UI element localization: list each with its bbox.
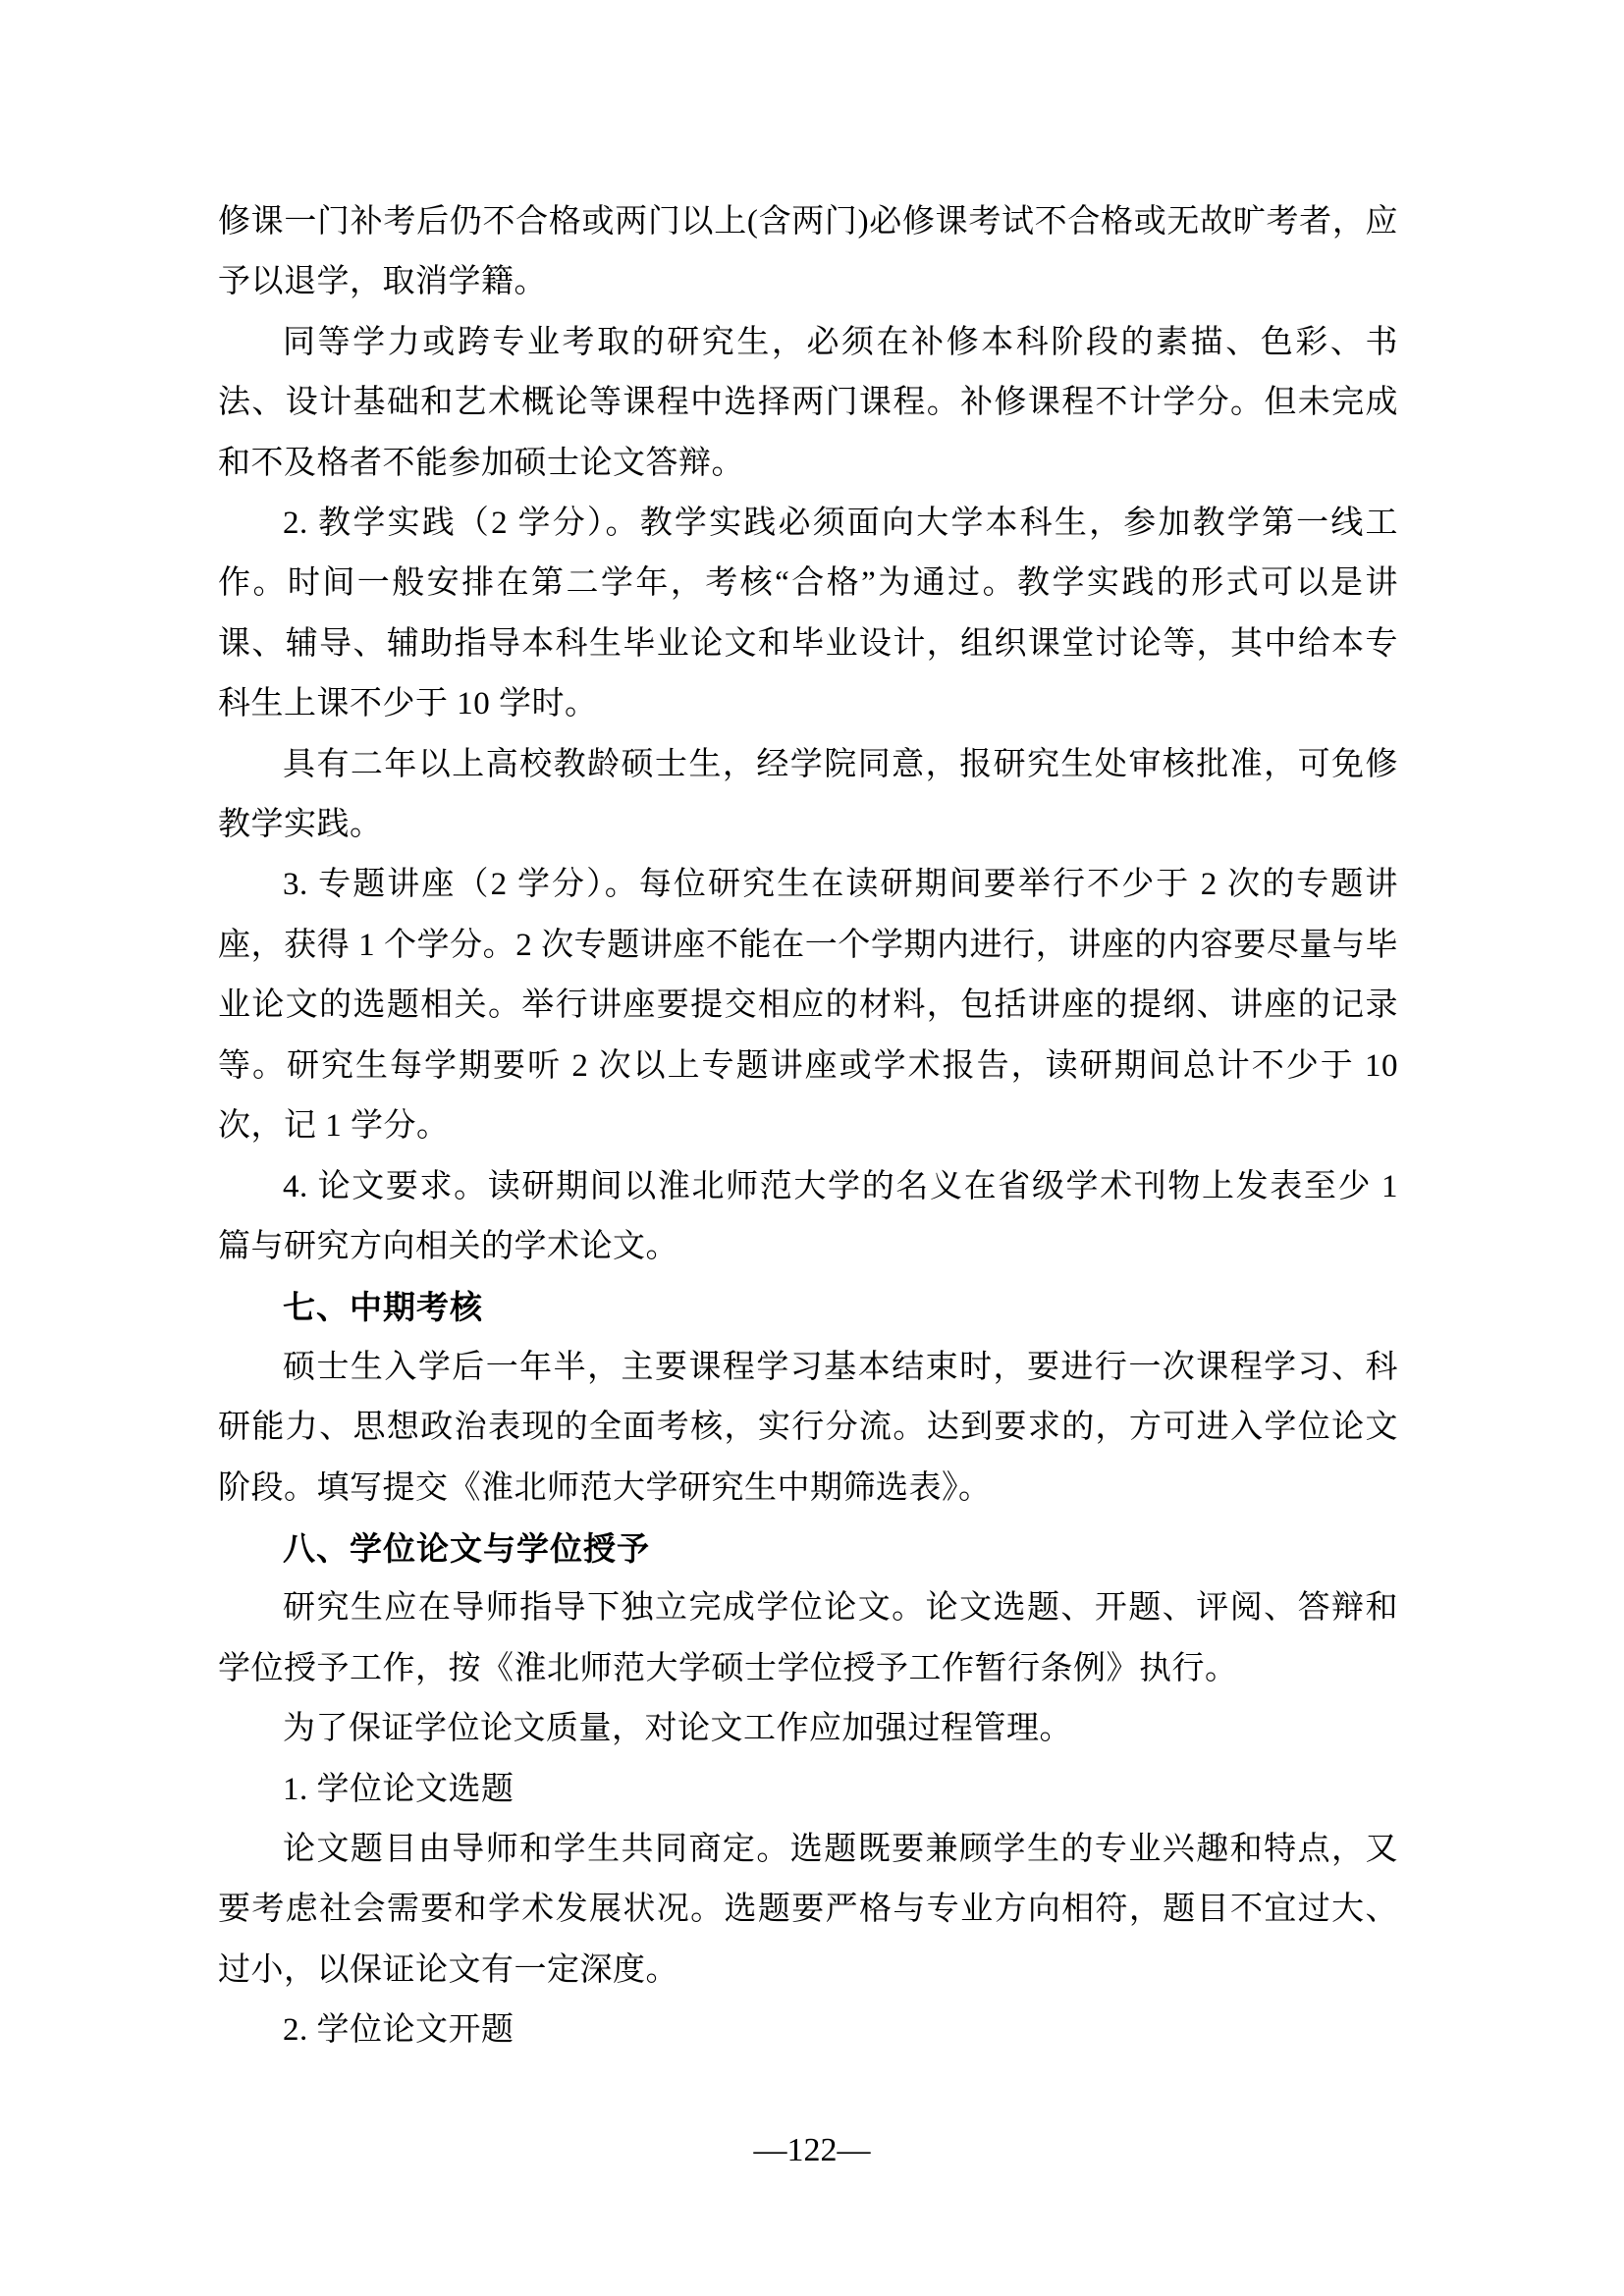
paragraph-item-4-thesis-requirement: 4. 论文要求。读研期间以淮北师范大学的名义在省级学术刊物上发表至少 1 篇与研… <box>218 1157 1398 1278</box>
section-heading-7-midterm-assessment: 七、中期考核 <box>218 1277 1398 1337</box>
document-body: 修课一门补考后仍不合格或两门以上(含两门)必修课考试不合格或无故旷考者，应予以退… <box>218 192 1398 2061</box>
paragraph: 硕士生入学后一年半，主要课程学习基本结束时，要进行一次课程学习、科研能力、思想政… <box>218 1338 1398 1519</box>
page-number: —122— <box>0 2120 1624 2180</box>
paragraph: 论文题目由导师和学生共同商定。选题既要兼顾学生的专业兴趣和特点，又要考虑社会需要… <box>218 1820 1398 2001</box>
section-heading-8-degree-thesis: 八、学位论文与学位授予 <box>218 1519 1398 1578</box>
paragraph-item-1-thesis-topic: 1. 学位论文选题 <box>218 1760 1398 1820</box>
paragraph: 具有二年以上高校教龄硕士生，经学院同意，报研究生处审核批准，可免修教学实践。 <box>218 735 1398 856</box>
paragraph-item-2-thesis-proposal: 2. 学位论文开题 <box>218 2001 1398 2060</box>
paragraph-item-2-teaching-practice: 2. 教学实践（2 学分）。教学实践必须面向大学本科生，参加教学第一线工作。时间… <box>218 494 1398 735</box>
paragraph: 同等学力或跨专业考取的研究生，必须在补修本科阶段的素描、色彩、书法、设计基础和艺… <box>218 313 1398 494</box>
document-page: { "page": { "footer": "—122—" }, "docume… <box>0 0 1624 2296</box>
paragraph-continuation: 修课一门补考后仍不合格或两门以上(含两门)必修课考试不合格或无故旷考者，应予以退… <box>218 192 1398 313</box>
paragraph-item-3-lectures: 3. 专题讲座（2 学分）。每位研究生在读研期间要举行不少于 2 次的专题讲座，… <box>218 855 1398 1156</box>
paragraph: 研究生应在导师指导下独立完成学位论文。论文选题、开题、评阅、答辩和学位授予工作，… <box>218 1578 1398 1699</box>
paragraph: 为了保证学位论文质量，对论文工作应加强过程管理。 <box>218 1699 1398 1759</box>
